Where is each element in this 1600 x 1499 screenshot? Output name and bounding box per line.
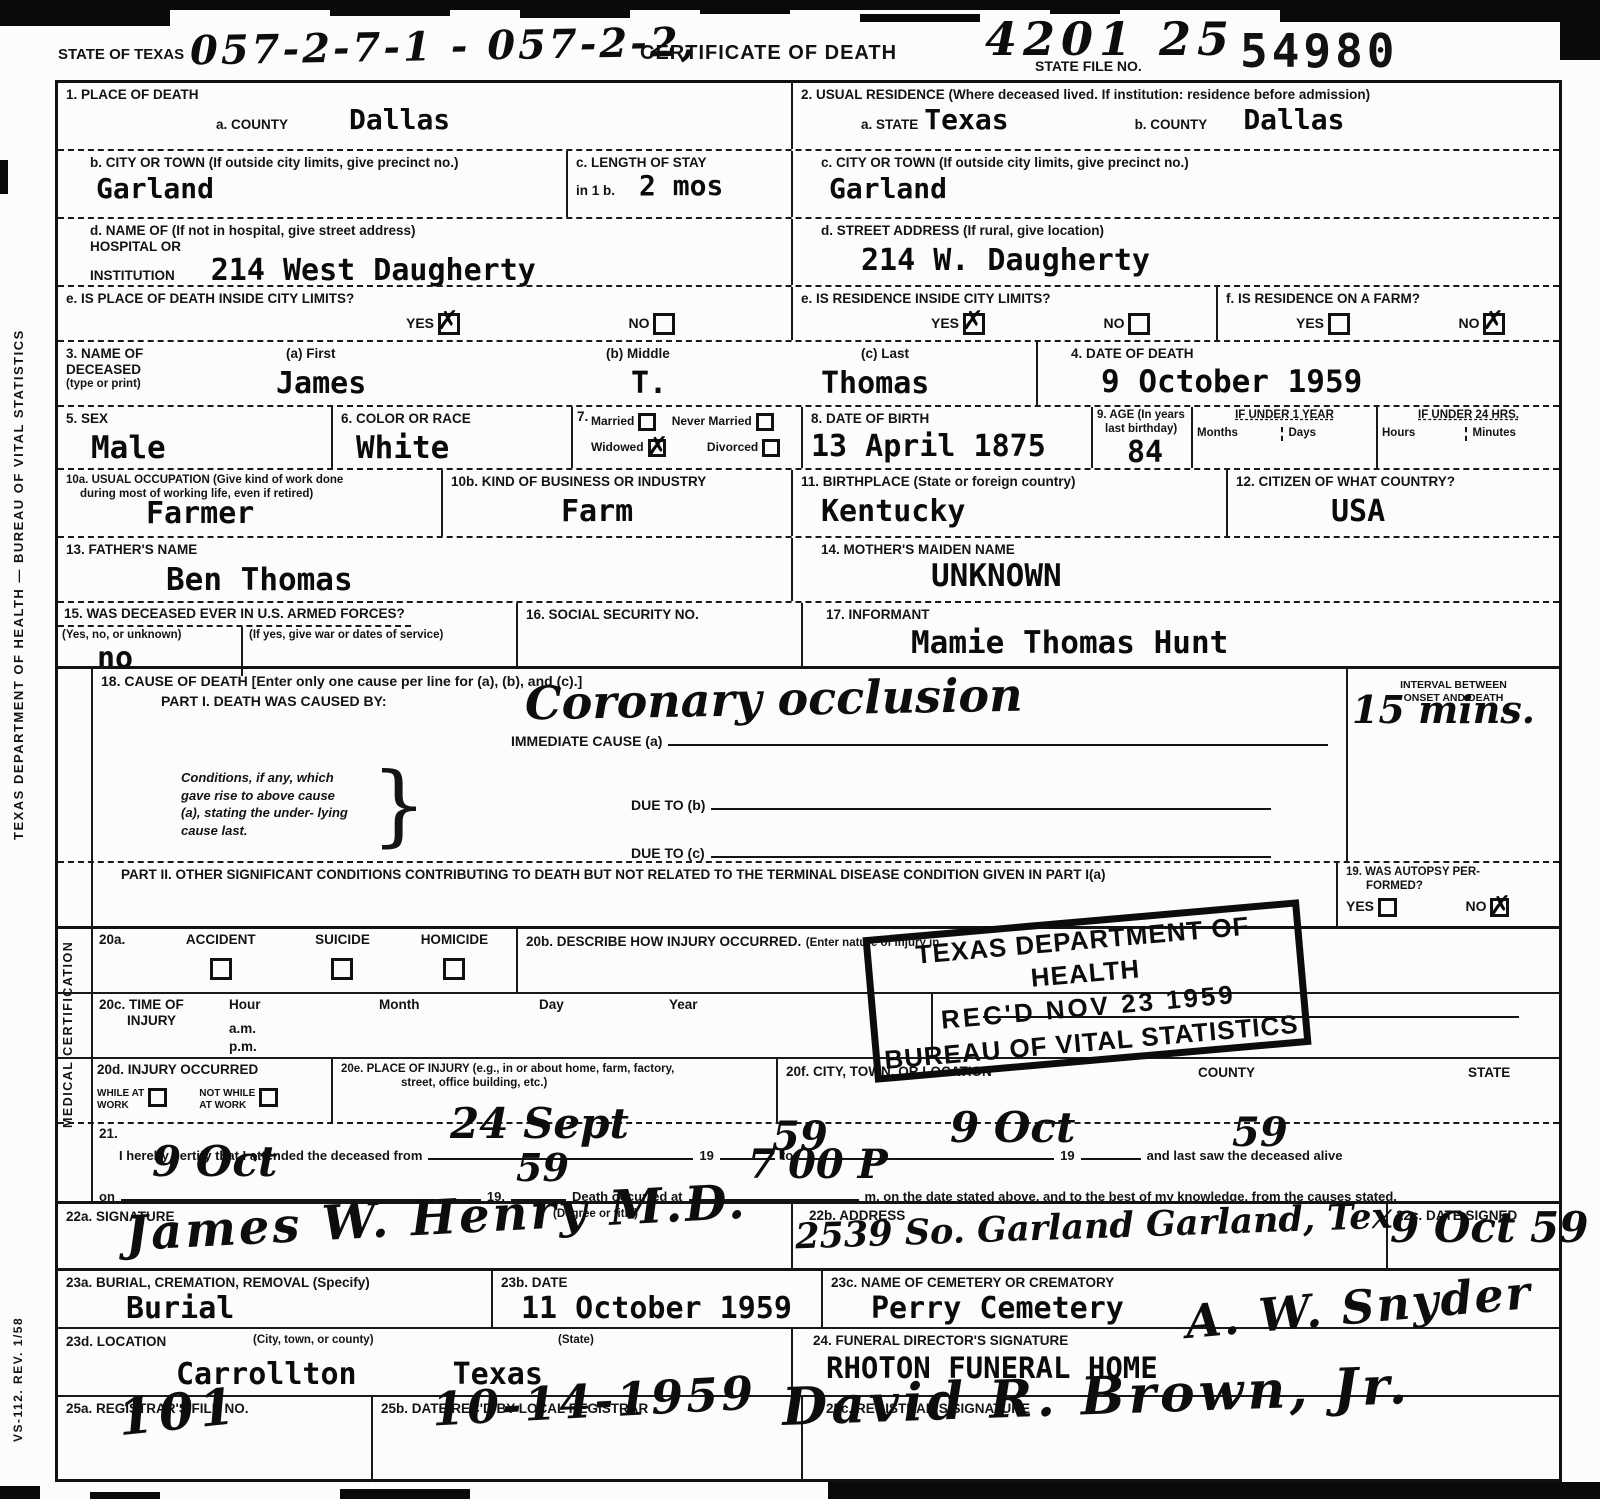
scan-noise	[90, 1492, 160, 1499]
armed-forces-sub1: (Yes, no, or unknown)	[62, 629, 237, 643]
hours-label: Hours	[1382, 427, 1467, 441]
name-label3: (type or print)	[66, 378, 256, 392]
street-label: d. STREET ADDRESS (If rural, give locati…	[821, 223, 1551, 239]
last-name-value: Thomas	[821, 368, 1028, 400]
handwriting-registrar-file-no: 101	[116, 1382, 243, 1442]
injury-f-state-label: STATE	[1468, 1065, 1510, 1081]
months-label: Months	[1197, 427, 1283, 441]
am-label: a.m.	[229, 1021, 379, 1037]
scan-noise	[340, 1489, 470, 1499]
autopsy-label1: 19. WAS AUTOPSY PER-	[1346, 866, 1551, 880]
field-marital-status: 7. Married Never Married Widowed✗ Divorc…	[573, 407, 803, 468]
date-of-death-label: 4. DATE OF DEATH	[1071, 346, 1551, 362]
yes-checkbox	[1328, 313, 1350, 335]
yes-label: YES	[1346, 898, 1374, 914]
field-place-of-death: 1. PLACE OF DEATH a. COUNTY Dallas	[58, 83, 793, 149]
not-while-at-work-checkbox	[259, 1088, 278, 1107]
married-label: Married	[591, 414, 634, 428]
state-file-number: 54980	[1240, 24, 1398, 78]
no-label: NO	[1465, 898, 1486, 914]
occupation-value: Farmer	[146, 498, 433, 530]
scan-noise	[0, 0, 170, 26]
scan-noise	[0, 1486, 40, 1499]
scan-noise	[0, 160, 8, 194]
city-value: Garland	[829, 174, 1551, 203]
field-23b-date: 23b. DATE 11 October 1959	[493, 1271, 823, 1327]
conditions-brace: }	[371, 761, 427, 849]
field-if-under-24-hrs: IF UNDER 24 HRS. Hours Minutes	[1378, 407, 1559, 468]
scan-noise	[330, 8, 450, 16]
field-color-or-race: 6. COLOR OR RACE White	[333, 407, 573, 468]
injury-b-label: 20b. DESCRIBE HOW INJURY OCCURRED.	[526, 934, 801, 949]
street-value: 214 W. Daugherty	[861, 245, 1551, 277]
mother-value: UNKNOWN	[931, 560, 1551, 593]
citizenship-value: USA	[1331, 496, 1551, 528]
field-hospital: d. NAME OF (If not in hospital, give str…	[58, 219, 793, 285]
armed-forces-label: 15. WAS DECEASED EVER IN U.S. ARMED FORC…	[58, 603, 411, 627]
city-label: b. CITY OR TOWN (If outside city limits,…	[90, 155, 558, 171]
citizenship-label: 12. CITIZEN OF WHAT COUNTRY?	[1236, 474, 1551, 490]
name-label2: DECEASED	[66, 362, 256, 378]
field-city-of-death: b. CITY OR TOWN (If outside city limits,…	[58, 151, 568, 217]
field-armed-forces: 15. WAS DECEASED EVER IN U.S. ARMED FORC…	[58, 603, 518, 666]
limits-label: e. IS RESIDENCE INSIDE CITY LIMITS?	[801, 291, 1208, 307]
burial-date-value: 11 October 1959	[521, 1293, 813, 1325]
due-to-c-label: DUE TO (c)	[631, 845, 705, 862]
state-of-texas-label: STATE OF TEXAS	[58, 46, 184, 63]
divorced-label: Divorced	[707, 440, 758, 454]
field-social-security-no: 16. SOCIAL SECURITY NO.	[518, 603, 803, 666]
age-value: 84	[1127, 437, 1187, 469]
field-mothers-maiden-name: 14. MOTHER'S MAIDEN NAME UNKNOWN	[793, 538, 1559, 601]
field-if-under-1-year: IF UNDER 1 YEAR Months Days	[1193, 407, 1378, 468]
while-at-work-label2: WORK	[97, 1100, 144, 1112]
father-value: Ben Thomas	[166, 564, 783, 597]
field-informant: 17. INFORMANT Mamie Thomas Hunt	[803, 603, 1559, 666]
mother-label: 14. MOTHER'S MAIDEN NAME	[821, 542, 1551, 558]
field-citizenship: 12. CITIZEN OF WHAT COUNTRY? USA	[1228, 470, 1559, 536]
county-value: Dallas	[349, 105, 450, 134]
informant-value: Mamie Thomas Hunt	[911, 627, 1551, 660]
field-sex: 5. SEX Male	[58, 407, 333, 468]
field-label: 2. USUAL RESIDENCE (Where deceased lived…	[801, 87, 1551, 103]
race-value: White	[356, 432, 563, 465]
handwriting-interval: 15 mins.	[1352, 692, 1535, 728]
cause-part2-label: PART II. OTHER SIGNIFICANT CONDITIONS CO…	[121, 867, 1326, 883]
margin-department-label: TEXAS DEPARTMENT OF HEALTH — BUREAU OF V…	[12, 265, 26, 840]
yes-checkbox: ✗	[438, 313, 460, 335]
widowed-label: Widowed	[591, 440, 644, 454]
due-to-b-line	[711, 791, 1271, 810]
county-value: Dallas	[1243, 105, 1344, 134]
stay-value: 2 mos	[639, 171, 723, 200]
under-24-label: IF UNDER 24 HRS.	[1382, 409, 1555, 423]
sex-label: 5. SEX	[66, 411, 323, 427]
injury-c-label: 20c. TIME OF	[99, 997, 229, 1013]
location-city-label: (City, town, or county)	[253, 1334, 374, 1348]
handwriting-attended-from: 24 Sept	[450, 1104, 629, 1144]
handwriting-last-seen-date: 9 Oct	[152, 1142, 277, 1182]
limits-label: e. IS PLACE OF DEATH INSIDE CITY LIMITS?	[66, 291, 783, 307]
birthplace-label: 11. BIRTHPLACE (State or foreign country…	[801, 474, 1218, 490]
field-residence-farm: f. IS RESIDENCE ON A FARM? YES NO✗	[1218, 287, 1559, 340]
armed-forces-sub2: (If yes, give war or dates of service)	[249, 629, 510, 643]
injury-e-label2: street, office building, etc.)	[401, 1077, 768, 1091]
burial-label: 23a. BURIAL, CREMATION, REMOVAL (Specify…	[66, 1275, 483, 1291]
no-checkbox	[1128, 313, 1150, 335]
pm-label: p.m.	[229, 1039, 379, 1055]
field-autopsy: 19. WAS AUTOPSY PER- FORMED? YES NO✗	[1338, 863, 1559, 926]
field-industry: 10b. KIND OF BUSINESS OR INDUSTRY Farm	[443, 470, 793, 536]
no-checkbox: ✗	[1483, 313, 1505, 335]
no-label: NO	[628, 315, 649, 331]
hour-label: Hour	[229, 997, 379, 1013]
no-label: NO	[1458, 315, 1479, 331]
stay-sublabel: in 1 b.	[576, 183, 615, 199]
handwriting-last-seen-year: 59	[516, 1150, 569, 1186]
industry-label: 10b. KIND OF BUSINESS OR INDUSTRY	[451, 474, 783, 490]
field-length-of-stay: c. LENGTH OF STAY in 1 b. 2 mos	[568, 151, 793, 217]
to-year-line	[1081, 1144, 1141, 1160]
age-label: 9. AGE (In years	[1097, 409, 1187, 423]
first-name-value: James	[276, 368, 526, 400]
field-date-of-death: 4. DATE OF DEATH 9 October 1959	[1038, 342, 1559, 405]
under-year-label: IF UNDER 1 YEAR	[1197, 409, 1372, 423]
due-to-b-label: DUE TO (b)	[631, 797, 705, 814]
yes-label: YES	[406, 315, 434, 331]
ssn-label: 16. SOCIAL SECURITY NO.	[526, 607, 793, 623]
field-street-address: d. STREET ADDRESS (If rural, give locati…	[793, 219, 1559, 285]
field-age: 9. AGE (In years last birthday) 84	[1093, 407, 1193, 468]
autopsy-no-checkbox: ✗	[1490, 898, 1509, 917]
handwriting-date-signed: 9 Oct 59	[1390, 1208, 1588, 1248]
injury-d-label: 20d. INJURY OCCURRED	[97, 1062, 325, 1078]
field-usual-occupation: 10a. USUAL OCCUPATION (Give kind of work…	[58, 470, 443, 536]
medical-strip-border	[91, 666, 93, 1201]
no-label: NO	[1103, 315, 1124, 331]
days-label: Days	[1283, 427, 1373, 441]
death-certificate-scan: TEXAS DEPARTMENT OF HEALTH — BUREAU OF V…	[0, 0, 1600, 1499]
field-city-of-residence: c. CITY OR TOWN (If outside city limits,…	[793, 151, 1559, 217]
suicide-checkbox	[331, 958, 353, 980]
yes-label: YES	[931, 315, 959, 331]
hospital-value: 214 West Daugherty	[211, 255, 536, 287]
year-prefix-a: 19	[699, 1148, 713, 1164]
injury-e-label: 20e. PLACE OF INJURY (e.g., in or about …	[341, 1063, 768, 1077]
field-birthplace: 11. BIRTHPLACE (State or foreign country…	[793, 470, 1228, 536]
handwriting-death-time: 7'00 P	[748, 1146, 888, 1184]
field-20d-injury-occurred: 20d. INJURY OCCURRED WHILE AT WORK NOT W…	[91, 1059, 333, 1122]
field-residence-city-limits: e. IS RESIDENCE INSIDE CITY LIMITS? YES✗…	[793, 287, 1218, 340]
yes-checkbox: ✗	[963, 313, 985, 335]
homicide-label: HOMICIDE	[401, 932, 508, 948]
field-death-city-limits: e. IS PLACE OF DEATH INSIDE CITY LIMITS?…	[58, 287, 793, 340]
state-label: a. STATE	[861, 117, 918, 133]
name-label: 3. NAME OF	[66, 346, 256, 362]
birth-date-value: 13 April 1875	[811, 431, 1083, 463]
minutes-label: Minutes	[1467, 427, 1556, 441]
city-label: c. CITY OR TOWN (If outside city limits,…	[821, 155, 1551, 171]
location-state-label: (State)	[558, 1334, 594, 1348]
handwriting-file-number: 4201 25	[985, 18, 1235, 62]
handwriting-attended-to: 9 Oct	[950, 1108, 1075, 1148]
field-label: 1. PLACE OF DEATH	[66, 87, 783, 103]
birth-date-label: 8. DATE OF BIRTH	[811, 411, 1083, 427]
field-date-of-birth: 8. DATE OF BIRTH 13 April 1875	[803, 407, 1093, 468]
handwriting-immediate-cause: Coronary occlusion	[525, 674, 1023, 726]
field-fathers-name: 13. FATHER'S NAME Ben Thomas	[58, 538, 793, 601]
homicide-checkbox	[443, 958, 465, 980]
injury-f-county-label: COUNTY	[1198, 1065, 1255, 1081]
day-label: Day	[539, 997, 669, 1056]
birthplace-value: Kentucky	[821, 496, 1218, 528]
accident-label: ACCIDENT	[157, 932, 284, 948]
father-label: 13. FATHER'S NAME	[66, 542, 783, 558]
suicide-label: SUICIDE	[284, 932, 401, 948]
middle-name-label: (b) Middle	[606, 346, 806, 362]
first-name-label: (a) First	[286, 346, 526, 362]
race-label: 6. COLOR OR RACE	[341, 411, 563, 427]
injury-c-label2: INJURY	[127, 1013, 229, 1029]
date-of-death-value: 9 October 1959	[1101, 366, 1551, 399]
last-name-label: (c) Last	[861, 346, 1028, 362]
injury-a-label: 20a.	[99, 932, 157, 948]
farm-label: f. IS RESIDENCE ON A FARM?	[1226, 291, 1551, 307]
divorced-checkbox	[762, 439, 780, 457]
hospital-label: d. NAME OF (If not in hospital, give str…	[90, 223, 783, 239]
scan-noise	[700, 4, 790, 14]
handwriting-to-year: 59	[1232, 1114, 1288, 1152]
autopsy-yes-checkbox	[1378, 898, 1397, 917]
informant-label: 17. INFORMANT	[826, 607, 1551, 623]
scan-noise	[828, 1482, 1600, 1499]
hospital-label3: INSTITUTION	[90, 268, 175, 284]
city-value: Garland	[96, 174, 558, 203]
field-20a-manner: 20a. ACCIDENT SUICIDE HOMICIDE	[91, 929, 518, 992]
burial-date-label: 23b. DATE	[501, 1275, 813, 1291]
immediate-cause-label: IMMEDIATE CAUSE (a)	[511, 733, 662, 750]
never-married-checkbox	[756, 413, 774, 431]
certificate-form: 1. PLACE OF DEATH a. COUNTY Dallas 2. US…	[55, 80, 1562, 1482]
county-label: b. COUNTY	[1135, 117, 1208, 133]
field-23a-burial: 23a. BURIAL, CREMATION, REMOVAL (Specify…	[58, 1271, 493, 1327]
scan-noise	[1560, 22, 1600, 60]
month-label: Month	[379, 997, 539, 1056]
sex-value: Male	[91, 432, 323, 465]
while-at-work-label: WHILE AT	[97, 1088, 144, 1100]
field-20c-time-of-injury: 20c. TIME OF INJURY Hour a.m. p.m. Month…	[91, 994, 933, 1057]
occupation-label: 10a. USUAL OCCUPATION (Give kind of work…	[66, 474, 433, 488]
accident-checkbox	[210, 958, 232, 980]
burial-value: Burial	[126, 1293, 483, 1325]
yes-label: YES	[1296, 315, 1324, 331]
immediate-cause-line	[668, 727, 1328, 746]
location-label: 23d. LOCATION	[66, 1334, 166, 1349]
not-while-at-work-label: NOT WHILE	[199, 1088, 255, 1100]
autopsy-label2: FORMED?	[1366, 880, 1551, 894]
middle-name-value: T.	[631, 368, 806, 400]
field-name-of-deceased: 3. NAME OF DECEASED (type or print) (a) …	[58, 342, 1038, 405]
marital-label: 7.	[577, 409, 588, 425]
due-to-c-line	[711, 839, 1271, 858]
state-value: Texas	[924, 105, 1008, 134]
funeral-director-label: 24. FUNERAL DIRECTOR'S SIGNATURE	[813, 1333, 1551, 1349]
industry-value: Farm	[561, 496, 783, 528]
conditions-note: Conditions, if any, which gave rise to a…	[181, 769, 356, 839]
not-while-at-work-label2: AT WORK	[199, 1100, 255, 1112]
scan-noise	[1280, 0, 1600, 22]
handwriting-certificate-code: 057-2-7-1 - 057-2-2,	[190, 24, 698, 71]
no-checkbox	[653, 313, 675, 335]
year-label: Year	[669, 997, 789, 1056]
widowed-checkbox: ✗	[648, 439, 666, 457]
county-label: a. COUNTY	[216, 117, 288, 133]
while-at-work-checkbox	[148, 1088, 167, 1107]
margin-form-number: VS-112. REV. 1/58	[12, 1272, 25, 1442]
field-usual-residence: 2. USUAL RESIDENCE (Where deceased lived…	[793, 83, 1559, 149]
married-checkbox	[638, 413, 656, 431]
never-married-label: Never Married	[672, 414, 752, 428]
scan-noise	[860, 14, 980, 22]
scan-noise	[520, 0, 630, 18]
